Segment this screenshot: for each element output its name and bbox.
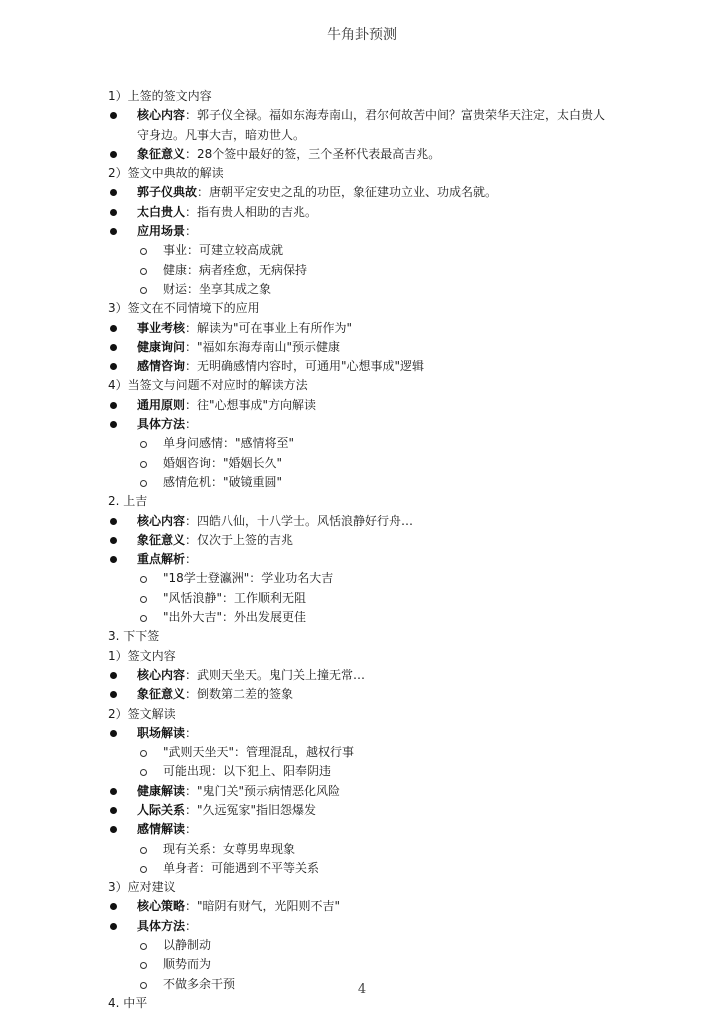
sub-item-text: 事业：可建立较高成就 bbox=[163, 243, 283, 257]
circle-bullet-icon bbox=[140, 866, 147, 873]
bullet-dot-icon bbox=[110, 344, 117, 351]
page-number: 4 bbox=[0, 982, 724, 997]
bullet-label: 职场解读 bbox=[137, 726, 185, 740]
sub-item: 感情危机："破镜重圆" bbox=[108, 473, 628, 492]
sub-item: "出外大吉"：外出发展更佳 bbox=[108, 608, 628, 627]
bullet-text: ： bbox=[185, 417, 197, 431]
bullet-item: 太白贵人：指有贵人相助的吉兆。 bbox=[108, 203, 628, 222]
bullet-label: 具体方法 bbox=[137, 417, 185, 431]
sub-item-text: 单身问感情："感情将至" bbox=[163, 436, 294, 450]
bullet-text: ：无明确感情内容时，可通用"心想事成"逻辑 bbox=[185, 359, 424, 373]
subsection-heading: 2）签文解读 bbox=[108, 705, 628, 724]
sub-item-text: 现有关系：女尊男卑现象 bbox=[163, 842, 295, 856]
bullet-item: 健康询问："福如东海寿南山"预示健康 bbox=[108, 338, 628, 357]
section-heading: 4）当签文与问题不对应时的解读方法 bbox=[108, 376, 628, 395]
bullet-label: 太白贵人 bbox=[137, 205, 185, 219]
bullet-item: 具体方法： bbox=[108, 415, 628, 434]
sub-item-text: 健康：病者痊愈，无病保持 bbox=[163, 263, 307, 277]
bullet-label: 健康询问 bbox=[137, 340, 185, 354]
bullet-dot-icon bbox=[110, 556, 117, 563]
bullet-item: 核心内容：武则天坐天。鬼门关上撞无常… bbox=[108, 666, 628, 685]
bullet-item: 通用原则：往"心想事成"方向解读 bbox=[108, 396, 628, 415]
bullet-text: ：四皓八仙，十八学士。风恬浪静好行舟… bbox=[185, 514, 413, 528]
bullet-text: ： bbox=[185, 224, 197, 238]
section-heading: 2. 上吉 bbox=[108, 492, 628, 511]
bullet-dot-icon bbox=[110, 807, 117, 814]
bullet-item: 象征意义：倒数第二差的签象 bbox=[108, 685, 628, 704]
bullet-text: ： bbox=[185, 726, 197, 740]
bullet-item: 重点解析： bbox=[108, 550, 628, 569]
bullet-label: 象征意义 bbox=[137, 533, 185, 547]
sub-item-text: 单身者：可能遇到不平等关系 bbox=[163, 861, 319, 875]
sub-item: 事业：可建立较高成就 bbox=[108, 241, 628, 260]
bullet-text: ："久远冤家"指旧怨爆发 bbox=[185, 803, 316, 817]
sub-item-text: 感情危机："破镜重圆" bbox=[163, 475, 282, 489]
bullet-dot-icon bbox=[110, 228, 117, 235]
section-heading: 2）签文中典故的解读 bbox=[108, 164, 628, 183]
bullet-dot-icon bbox=[110, 730, 117, 737]
bullet-dot-icon bbox=[110, 363, 117, 370]
bullet-label: 核心内容 bbox=[137, 514, 185, 528]
sub-item: 单身者：可能遇到不平等关系 bbox=[108, 859, 628, 878]
section-heading: 3）签文在不同情境下的应用 bbox=[108, 299, 628, 318]
bullet-label: 感情咨询 bbox=[137, 359, 185, 373]
bullet-item: 具体方法： bbox=[108, 917, 628, 936]
circle-bullet-icon bbox=[140, 943, 147, 950]
document-body: 1）上签的签文内容 核心内容：郭子仪全禄。福如东海寿南山，君尔何故苦中间？富贵荣… bbox=[108, 87, 628, 1013]
section-heading: 1）上签的签文内容 bbox=[108, 87, 628, 106]
sub-item: "武则天坐天"：管理混乱，越权行事 bbox=[108, 743, 628, 762]
sub-item: 婚姻咨询："婚姻长久" bbox=[108, 454, 628, 473]
bullet-item: 应用场景： bbox=[108, 222, 628, 241]
circle-bullet-icon bbox=[140, 480, 147, 487]
circle-bullet-icon bbox=[140, 962, 147, 969]
sub-item: "18学士登瀛洲"：学业功名大吉 bbox=[108, 569, 628, 588]
bullet-label: 核心内容 bbox=[137, 668, 185, 682]
sub-item-text: "风恬浪静"：工作顺利无阻 bbox=[163, 591, 306, 605]
bullet-text: ：武则天坐天。鬼门关上撞无常… bbox=[185, 668, 365, 682]
bullet-item: 感情咨询：无明确感情内容时，可通用"心想事成"逻辑 bbox=[108, 357, 628, 376]
circle-bullet-icon bbox=[140, 615, 147, 622]
bullet-text: ："福如东海寿南山"预示健康 bbox=[185, 340, 340, 354]
sub-item-text: 财运：坐享其成之象 bbox=[163, 282, 271, 296]
sub-item: 顺势而为 bbox=[108, 955, 628, 974]
sub-item-text: 可能出现：以下犯上、阳奉阴违 bbox=[163, 764, 331, 778]
circle-bullet-icon bbox=[140, 847, 147, 854]
sub-item-text: 以静制动 bbox=[163, 938, 211, 952]
bullet-item: 象征意义：28个签中最好的签，三个圣杯代表最高吉兆。 bbox=[108, 145, 628, 164]
bullet-dot-icon bbox=[110, 112, 117, 119]
bullet-text: ：解读为"可在事业上有所作为" bbox=[185, 321, 352, 335]
bullet-label: 具体方法 bbox=[137, 919, 185, 933]
circle-bullet-icon bbox=[140, 248, 147, 255]
circle-bullet-icon bbox=[140, 769, 147, 776]
sub-item-text: 婚姻咨询："婚姻长久" bbox=[163, 456, 282, 470]
circle-bullet-icon bbox=[140, 596, 147, 603]
bullet-item: 职场解读： bbox=[108, 724, 628, 743]
bullet-label: 核心内容 bbox=[137, 108, 185, 122]
bullet-dot-icon bbox=[110, 691, 117, 698]
bullet-label: 核心策略 bbox=[137, 899, 185, 913]
bullet-text: ：仅次于上签的吉兆 bbox=[185, 533, 293, 547]
bullet-dot-icon bbox=[110, 421, 117, 428]
bullet-text: ："暗阴有财气，光阳则不吉" bbox=[185, 899, 340, 913]
sub-item: 健康：病者痊愈，无病保持 bbox=[108, 261, 628, 280]
bullet-label: 象征意义 bbox=[137, 687, 185, 701]
bullet-label: 象征意义 bbox=[137, 147, 185, 161]
sub-item: 财运：坐享其成之象 bbox=[108, 280, 628, 299]
bullet-text: ：28个签中最好的签，三个圣杯代表最高吉兆。 bbox=[185, 147, 440, 161]
sub-item-text: "出外大吉"：外出发展更佳 bbox=[163, 610, 306, 624]
circle-bullet-icon bbox=[140, 750, 147, 757]
circle-bullet-icon bbox=[140, 461, 147, 468]
bullet-dot-icon bbox=[110, 672, 117, 679]
bullet-dot-icon bbox=[110, 325, 117, 332]
bullet-item: 感情解读： bbox=[108, 820, 628, 839]
page-header-title: 牛角卦预测 bbox=[0, 24, 724, 44]
sub-item: "风恬浪静"：工作顺利无阻 bbox=[108, 589, 628, 608]
bullet-dot-icon bbox=[110, 788, 117, 795]
bullet-text: ： bbox=[185, 919, 197, 933]
bullet-dot-icon bbox=[110, 151, 117, 158]
bullet-label: 通用原则 bbox=[137, 398, 185, 412]
bullet-label: 事业考核 bbox=[137, 321, 185, 335]
bullet-item: 核心内容：四皓八仙，十八学士。风恬浪静好行舟… bbox=[108, 512, 628, 531]
bullet-label: 应用场景 bbox=[137, 224, 185, 238]
bullet-item: 象征意义：仅次于上签的吉兆 bbox=[108, 531, 628, 550]
sub-item: 以静制动 bbox=[108, 936, 628, 955]
sub-item: 可能出现：以下犯上、阳奉阴违 bbox=[108, 762, 628, 781]
bullet-text: ：往"心想事成"方向解读 bbox=[185, 398, 316, 412]
bullet-dot-icon bbox=[110, 402, 117, 409]
bullet-text: ：唐朝平定安史之乱的功臣，象征建功立业、功成名就。 bbox=[197, 185, 497, 199]
bullet-text: ：郭子仪全禄。福如东海寿南山，君尔何故苦中间？富贵荣华天注定，太白贵人守身边。凡… bbox=[137, 108, 605, 141]
section-heading: 3. 下下签 bbox=[108, 627, 628, 646]
subsection-heading: 3）应对建议 bbox=[108, 878, 628, 897]
bullet-text: ："鬼门关"预示病情恶化风险 bbox=[185, 784, 340, 798]
bullet-item: 核心内容：郭子仪全禄。福如东海寿南山，君尔何故苦中间？富贵荣华天注定，太白贵人守… bbox=[108, 106, 615, 145]
circle-bullet-icon bbox=[140, 268, 147, 275]
bullet-item: 人际关系："久远冤家"指旧怨爆发 bbox=[108, 801, 628, 820]
bullet-dot-icon bbox=[110, 903, 117, 910]
bullet-dot-icon bbox=[110, 518, 117, 525]
bullet-dot-icon bbox=[110, 923, 117, 930]
bullet-text: ：倒数第二差的签象 bbox=[185, 687, 293, 701]
bullet-item: 核心策略："暗阴有财气，光阳则不吉" bbox=[108, 897, 628, 916]
bullet-dot-icon bbox=[110, 189, 117, 196]
bullet-label: 感情解读 bbox=[137, 822, 185, 836]
bullet-label: 郭子仪典故 bbox=[137, 185, 197, 199]
bullet-item: 健康解读："鬼门关"预示病情恶化风险 bbox=[108, 782, 628, 801]
sub-item: 单身问感情："感情将至" bbox=[108, 434, 628, 453]
circle-bullet-icon bbox=[140, 287, 147, 294]
bullet-dot-icon bbox=[110, 826, 117, 833]
sub-item-text: "18学士登瀛洲"：学业功名大吉 bbox=[163, 571, 333, 585]
sub-item-text: 顺势而为 bbox=[163, 957, 211, 971]
bullet-text: ：指有贵人相助的吉兆。 bbox=[185, 205, 317, 219]
circle-bullet-icon bbox=[140, 576, 147, 583]
bullet-label: 重点解析 bbox=[137, 552, 185, 566]
bullet-item: 郭子仪典故：唐朝平定安史之乱的功臣，象征建功立业、功成名就。 bbox=[108, 183, 628, 202]
bullet-text: ： bbox=[185, 822, 197, 836]
circle-bullet-icon bbox=[140, 441, 147, 448]
bullet-dot-icon bbox=[110, 209, 117, 216]
bullet-text: ： bbox=[185, 552, 197, 566]
bullet-item: 事业考核：解读为"可在事业上有所作为" bbox=[108, 319, 628, 338]
bullet-label: 人际关系 bbox=[137, 803, 185, 817]
sub-item-text: "武则天坐天"：管理混乱，越权行事 bbox=[163, 745, 354, 759]
subsection-heading: 1）签文内容 bbox=[108, 647, 628, 666]
sub-item: 现有关系：女尊男卑现象 bbox=[108, 840, 628, 859]
bullet-dot-icon bbox=[110, 537, 117, 544]
bullet-label: 健康解读 bbox=[137, 784, 185, 798]
